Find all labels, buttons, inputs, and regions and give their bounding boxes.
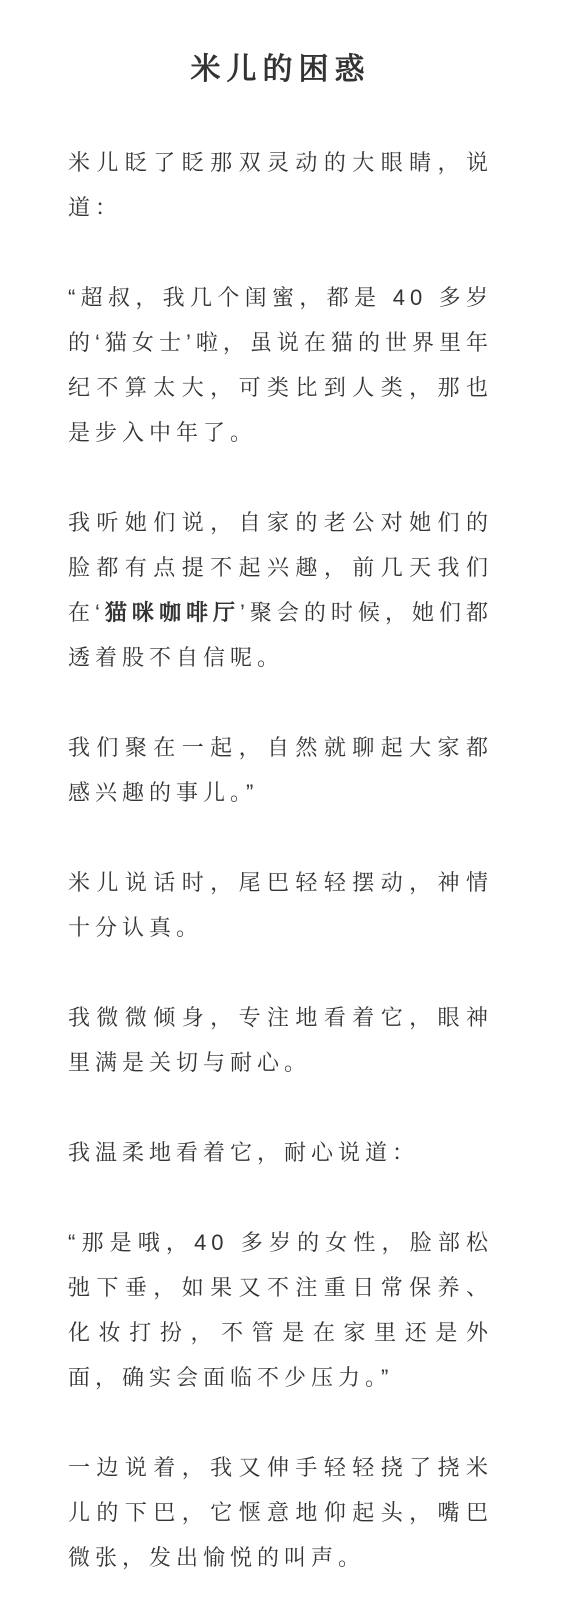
- paragraph-text: “那是哦，40 多岁的女性，脸部松弛下垂，如果又不注重日常保养、化妆打扮，不管是…: [68, 1230, 493, 1390]
- article-page: 米儿的困惑 米儿眨了眨那双灵动的大眼睛，说道：“超叔，我几个闺蜜，都是 40 多…: [0, 0, 561, 1600]
- article-body: 米儿眨了眨那双灵动的大眼睛，说道：“超叔，我几个闺蜜，都是 40 多岁的‘猫女士…: [68, 140, 493, 1580]
- paragraph-text: 我们聚在一起，自然就聊起大家都感兴趣的事儿。”: [68, 735, 493, 805]
- paragraph-text: 一边说着，我又伸手轻轻挠了挠米儿的下巴，它惬意地仰起头，嘴巴微张，发出愉悦的叫声…: [68, 1455, 493, 1570]
- paragraph-text: “超叔，我几个闺蜜，都是 40 多岁的‘猫女士’啦，虽说在猫的世界里年纪不算太大…: [68, 285, 493, 445]
- paragraph: 我温柔地看着它，耐心说道：: [68, 1130, 493, 1175]
- paragraph-text-bold: 猫咪咖啡厅: [105, 600, 240, 625]
- paragraph-text: 我温柔地看着它，耐心说道：: [68, 1140, 419, 1165]
- page-title: 米儿的困惑: [68, 48, 493, 92]
- paragraph-text: 米儿眨了眨那双灵动的大眼睛，说道：: [68, 150, 493, 220]
- paragraph-text: 米儿说话时，尾巴轻轻摆动，神情十分认真。: [68, 870, 493, 940]
- paragraph: 我们聚在一起，自然就聊起大家都感兴趣的事儿。”: [68, 725, 493, 815]
- paragraph: 我听她们说，自家的老公对她们的脸都有点提不起兴趣，前几天我们在‘猫咪咖啡厅’聚会…: [68, 500, 493, 680]
- paragraph: 米儿眨了眨那双灵动的大眼睛，说道：: [68, 140, 493, 230]
- paragraph: 米儿说话时，尾巴轻轻摆动，神情十分认真。: [68, 860, 493, 950]
- paragraph: 一边说着，我又伸手轻轻挠了挠米儿的下巴，它惬意地仰起头，嘴巴微张，发出愉悦的叫声…: [68, 1445, 493, 1580]
- paragraph: “超叔，我几个闺蜜，都是 40 多岁的‘猫女士’啦，虽说在猫的世界里年纪不算太大…: [68, 275, 493, 455]
- paragraph-text: 我微微倾身，专注地看着它，眼神里满是关切与耐心。: [68, 1005, 493, 1075]
- paragraph: 我微微倾身，专注地看着它，眼神里满是关切与耐心。: [68, 995, 493, 1085]
- paragraph: “那是哦，40 多岁的女性，脸部松弛下垂，如果又不注重日常保养、化妆打扮，不管是…: [68, 1220, 493, 1400]
